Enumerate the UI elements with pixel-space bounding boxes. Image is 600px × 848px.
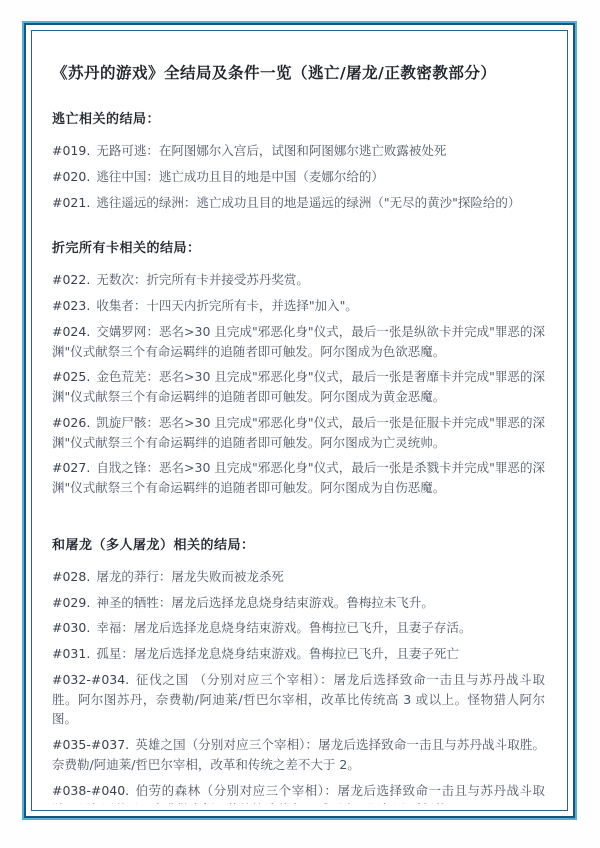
- ending-id: #019.: [52, 143, 90, 158]
- ending-text: 幸福：屠龙后选择龙息烧身结束游戏。鲁梅拉已飞升，且妻子存活。: [96, 620, 471, 635]
- section-escape-endings: 逃亡相关的结局： #019.无路可逃：在阿图娜尔入宫后，试图和阿图娜尔逃亡败露被…: [52, 108, 545, 212]
- ending-id: #020.: [52, 169, 90, 184]
- ending-id: #038-#040.: [52, 783, 129, 798]
- ending-text: 逃往遥远的绿洲：逃亡成功且目的地是遥远的绿洲（"无尽的黄沙"探险给的）: [96, 195, 520, 210]
- ending-text: 无数次：折完所有卡并接受苏丹奖赏。: [96, 272, 309, 287]
- ending-item: #023.收集者：十四天内折完所有卡，并选择"加入"。: [52, 296, 545, 316]
- ending-id: #025.: [52, 369, 90, 384]
- ending-text: 屠龙的莽行：屠龙失败而被龙杀死: [96, 569, 284, 584]
- ending-item: #019.无路可逃：在阿图娜尔入宫后，试图和阿图娜尔逃亡败露被处死: [52, 141, 545, 161]
- ending-id: #029.: [52, 595, 90, 610]
- ending-id: #024.: [52, 324, 90, 339]
- ending-item: #026.凯旋尸骸：恶名>30 且完成"邪恶化身"仪式，最后一张是征服卡并完成"…: [52, 413, 545, 453]
- ending-item: #035-#037.英雄之国（分别对应三个宰相）：屠龙后选择致命一击且与苏丹战斗…: [52, 735, 545, 775]
- ending-id: #022.: [52, 272, 90, 287]
- ending-item: #027.自戕之锋：恶名>30 且完成"邪恶化身"仪式，最后一张是杀戮卡并完成"…: [52, 458, 545, 498]
- section-dragon-endings: 和屠龙（多人屠龙）相关的结局： #028.屠龙的莽行：屠龙失败而被龙杀死 #02…: [52, 534, 545, 804]
- ending-id: #026.: [52, 415, 90, 430]
- ending-id: #021.: [52, 195, 90, 210]
- ending-item: #022.无数次：折完所有卡并接受苏丹奖赏。: [52, 270, 545, 290]
- ending-text: 神圣的牺牲：屠龙后选择龙息烧身结束游戏。鲁梅拉未飞升。: [96, 595, 434, 610]
- ending-id: #027.: [52, 460, 90, 475]
- ending-item: #024.交媾罗网：恶名>30 且完成"邪恶化身"仪式，最后一张是纵欲卡并完成"…: [52, 322, 545, 362]
- ending-item: #032-#034.征伐之国 （分别对应三个宰相）：屠龙后选择致命一击且与苏丹战…: [52, 670, 545, 729]
- ending-id: #028.: [52, 569, 90, 584]
- ending-text: 收集者：十四天内折完所有卡，并选择"加入"。: [96, 298, 358, 313]
- document-page: 《苏丹的游戏》全结局及条件一览（逃亡/屠龙/正教密教部分） 逃亡相关的结局： #…: [0, 0, 600, 848]
- ending-text: 金色荒芜：恶名>30 且完成"邪恶化身"仪式，最后一张是奢靡卡并完成"罪恶的深渊…: [52, 369, 545, 404]
- page-frame-inner: 《苏丹的游戏》全结局及条件一览（逃亡/屠龙/正教密教部分） 逃亡相关的结局： #…: [31, 30, 568, 811]
- ending-item: #020.逃往中国：逃亡成功且目的地是中国（麦娜尔给的）: [52, 167, 545, 187]
- ending-id: #030.: [52, 620, 90, 635]
- ending-text: 无路可逃：在阿图娜尔入宫后，试图和阿图娜尔逃亡败露被处死: [96, 143, 446, 158]
- ending-text: 孤星：屠龙后选择龙息烧身结束游戏。鲁梅拉已飞升，且妻子死亡: [96, 646, 459, 661]
- page-frame-mid: 《苏丹的游戏》全结局及条件一览（逃亡/屠龙/正教密教部分） 逃亡相关的结局： #…: [24, 23, 575, 818]
- ending-item: #030.幸福：屠龙后选择龙息烧身结束游戏。鲁梅拉已飞升，且妻子存活。: [52, 618, 545, 638]
- ending-text: 逃往中国：逃亡成功且目的地是中国（麦娜尔给的）: [96, 169, 384, 184]
- ending-id: #023.: [52, 298, 90, 313]
- ending-item: #028.屠龙的莽行：屠龙失败而被龙杀死: [52, 567, 545, 587]
- ending-id: #035-#037.: [52, 737, 129, 752]
- ending-item: #025.金色荒芜：恶名>30 且完成"邪恶化身"仪式，最后一张是奢靡卡并完成"…: [52, 367, 545, 407]
- page-frame-outer: 《苏丹的游戏》全结局及条件一览（逃亡/屠龙/正教密教部分） 逃亡相关的结局： #…: [22, 21, 577, 820]
- ending-id: #031.: [52, 646, 90, 661]
- page-title: 《苏丹的游戏》全结局及条件一览（逃亡/屠龙/正教密教部分）: [52, 63, 545, 83]
- ending-item: #021.逃往遥远的绿洲：逃亡成功且目的地是遥远的绿洲（"无尽的黄沙"探险给的）: [52, 193, 545, 213]
- section-heading: 和屠龙（多人屠龙）相关的结局：: [52, 534, 545, 553]
- section-card-endings: 折完所有卡相关的结局： #022.无数次：折完所有卡并接受苏丹奖赏。 #023.…: [52, 237, 545, 498]
- ending-text: 交媾罗网：恶名>30 且完成"邪恶化身"仪式，最后一张是纵欲卡并完成"罪恶的深渊…: [52, 324, 545, 359]
- ending-text: 自戕之锋：恶名>30 且完成"邪恶化身"仪式，最后一张是杀戮卡并完成"罪恶的深渊…: [52, 460, 545, 495]
- ending-item: #031.孤星：屠龙后选择龙息烧身结束游戏。鲁梅拉已飞升，且妻子死亡: [52, 644, 545, 664]
- ending-item: #038-#040.伯劳的森林（分别对应三个宰相）：屠龙后选择致命一击且与苏丹战…: [52, 781, 545, 804]
- section-heading: 折完所有卡相关的结局：: [52, 237, 545, 256]
- section-heading: 逃亡相关的结局：: [52, 108, 545, 127]
- ending-id: #032-#034.: [52, 672, 129, 687]
- ending-text: 凯旋尸骸：恶名>30 且完成"邪恶化身"仪式，最后一张是征服卡并完成"罪恶的深渊…: [52, 415, 545, 450]
- ending-item: #029.神圣的牺牲：屠龙后选择龙息烧身结束游戏。鲁梅拉未飞升。: [52, 593, 545, 613]
- page-content: 《苏丹的游戏》全结局及条件一览（逃亡/屠龙/正教密教部分） 逃亡相关的结局： #…: [38, 37, 561, 804]
